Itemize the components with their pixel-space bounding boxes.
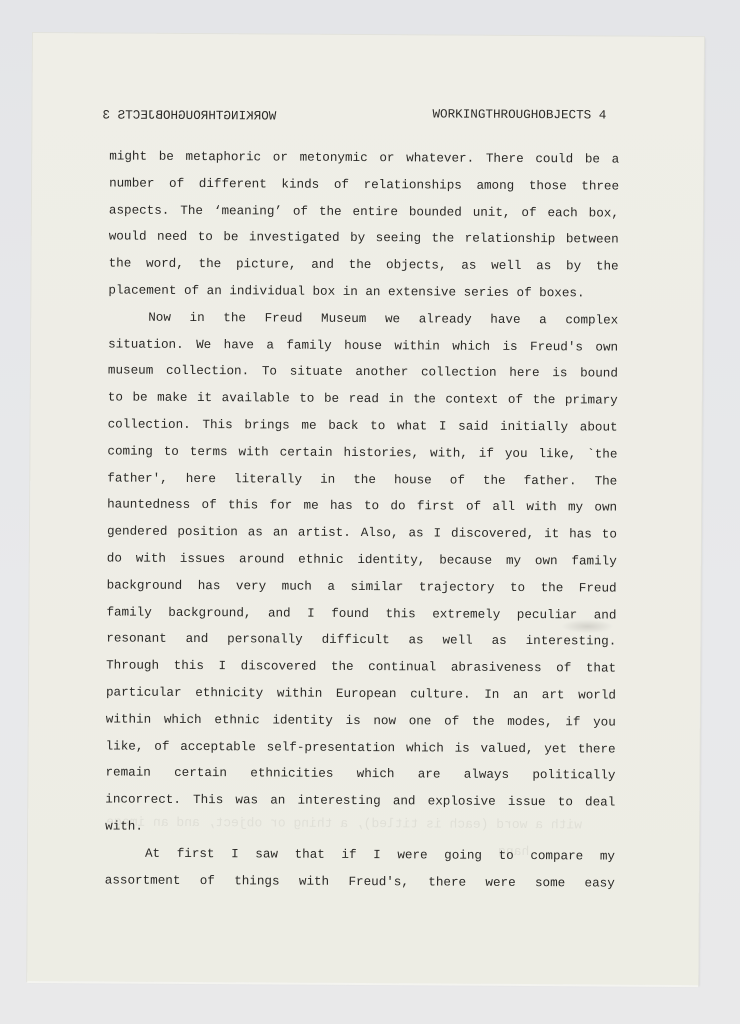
- text-line: placement of an individual box in an ext…: [108, 277, 618, 307]
- text-line: would need to be investigated by seeing …: [109, 224, 619, 254]
- text-line: Now in the Freud Museum we already have …: [108, 304, 618, 334]
- text-line: collection. This brings me back to what …: [108, 411, 618, 441]
- text-line: particular ethnicity within European cul…: [106, 679, 616, 709]
- text-line: Through this I discovered the continual …: [106, 653, 616, 683]
- text-line: family background, and I found this extr…: [106, 599, 616, 629]
- typed-page: WORKINGTHROUGHOBJECTS 3 with a word (eac…: [27, 33, 704, 985]
- text-line: museum collection. To situate another co…: [108, 358, 618, 388]
- paper-edge: [27, 981, 698, 987]
- show-through-header: WORKINGTHROUGHOBJECTS 3: [102, 108, 276, 123]
- text-line: with.: [105, 813, 615, 843]
- text-line: like, of acceptable self-presentation wh…: [106, 733, 616, 763]
- text-line: At first I saw that if I were going to c…: [105, 840, 615, 870]
- text-line: hauntedness of this for me has to do fir…: [107, 492, 617, 522]
- text-line: remain certain ethnicities which are alw…: [105, 760, 615, 790]
- body-text: might be metaphoric or metonymic or what…: [105, 143, 620, 896]
- text-line: the word, the picture, and the objects, …: [109, 251, 619, 281]
- text-line: aspects. The ‘meaning’ of the entire bou…: [109, 197, 619, 227]
- text-line: father', here literally in the house of …: [107, 465, 617, 495]
- text-line: resonant and personally difficult as wel…: [106, 626, 616, 656]
- text-line: assortment of things with Freud's, there…: [105, 867, 615, 897]
- running-header: WORKINGTHROUGHOBJECTS 4: [432, 107, 606, 122]
- text-line: do with issues around ethnic identity, b…: [107, 545, 617, 575]
- text-line: within which ethnic identity is now one …: [106, 706, 616, 736]
- text-line: number of different kinds of relationshi…: [109, 170, 619, 200]
- text-line: situation. We have a family house within…: [108, 331, 618, 361]
- text-line: background has very much a similar traje…: [107, 572, 617, 602]
- text-line: coming to terms with certain histories, …: [107, 438, 617, 468]
- text-line: to be make it available to be read in th…: [108, 385, 618, 415]
- text-line: might be metaphoric or metonymic or what…: [109, 143, 619, 173]
- text-line: incorrect. This was an interesting and e…: [105, 787, 615, 817]
- text-line: gendered position as an artist. Also, as…: [107, 519, 617, 549]
